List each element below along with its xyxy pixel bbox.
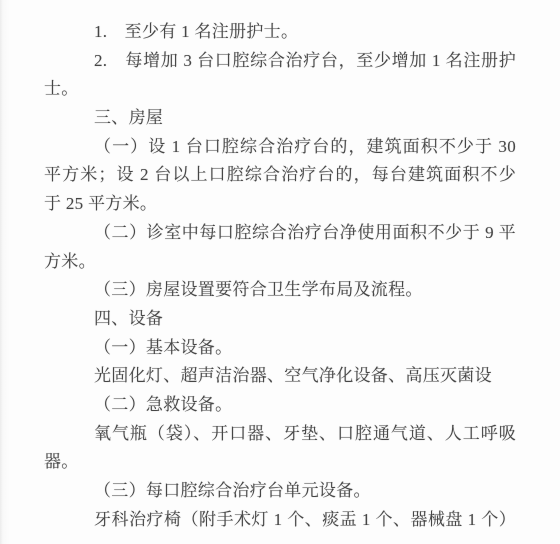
text-line-housing-clause-1-a: （一）设 1 台口腔综合治疗台的，建筑面积不少于 30 [44, 133, 516, 162]
text-line-emergency-equipment-list-b: 器。 [44, 448, 516, 477]
text-line-housing-clause-2-a: （二）诊室中每口腔综合治疗台净使用面积不少于 9 平 [44, 219, 516, 248]
text-line-dental-chair-item: 牙科治疗椅（附手术灯 1 个、痰盂 1 个、器械盘 1 个）1 [44, 506, 516, 535]
text-line-section-3-housing-heading: 三、房屋 [44, 104, 516, 133]
text-line-basic-equipment-heading: （一）基本设备。 [44, 334, 516, 363]
text-line-unit-equipment-heading: （三）每口腔综合治疗台单元设备。 [44, 477, 516, 506]
document-page: 1. 至少有 1 名注册护士。 2. 每增加 3 台口腔综合治疗台，至少增加 1… [0, 0, 560, 544]
text-line-emergency-equipment-list-a: 氧气瓶（袋）、开口器、牙垫、口腔通气道、人工呼吸 [44, 420, 516, 449]
text-line-housing-clause-1-c: 于 25 平方米。 [44, 190, 516, 219]
text-line-basic-equipment-list: 光固化灯、超声洁治器、空气净化设备、高压灭菌设备。 [44, 362, 516, 391]
text-line-housing-clause-2-b: 方米。 [44, 248, 516, 277]
text-line-registered-nurse-item-2: 2. 每增加 3 台口腔综合治疗台，至少增加 1 名注册护 [44, 47, 516, 76]
text-line-section-4-equipment-heading: 四、设备 [44, 305, 516, 334]
text-line-emergency-equipment-heading: （二）急救设备。 [44, 391, 516, 420]
text-line-housing-clause-1-b: 平方米；设 2 台以上口腔综合治疗台的，每台建筑面积不少 [44, 161, 516, 190]
text-line-item-2-continuation: 士。 [44, 75, 516, 104]
document-text-block: 1. 至少有 1 名注册护士。 2. 每增加 3 台口腔综合治疗台，至少增加 1… [44, 18, 516, 534]
text-line-housing-clause-3: （三）房屋设置要符合卫生学布局及流程。 [44, 276, 516, 305]
text-line-registered-nurse-item-1: 1. 至少有 1 名注册护士。 [44, 18, 516, 47]
